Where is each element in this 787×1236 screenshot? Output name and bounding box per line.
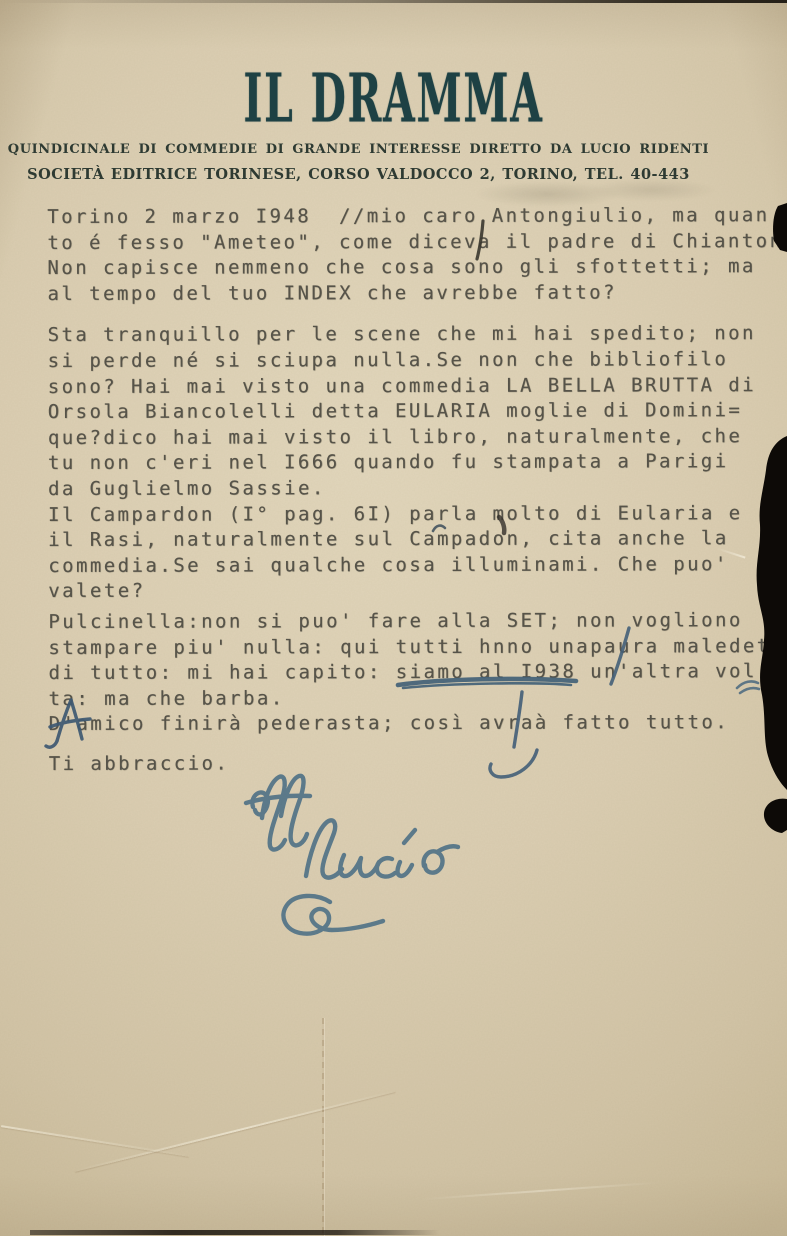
typed-line: Ti abbraccio.: [49, 750, 787, 778]
typed-line: Il Campardon (I° pag. 6I) parla molto di…: [48, 501, 787, 529]
typed-line: Orsola Biancolelli detta EULARIA moglie …: [48, 398, 787, 426]
paper-crease: [75, 1090, 396, 1172]
typed-line: Non capisce nemmeno che cosa sono gli sf…: [47, 254, 787, 282]
scan-edge-top: [0, 0, 787, 3]
paragraph: Torino 2 marzo I948 //mio caro Antongiul…: [47, 203, 787, 307]
typed-line: il Rasi, naturalmente sul Campadon, cita…: [48, 526, 787, 554]
typed-line: da Guglielmo Sassie.: [48, 475, 787, 503]
letterhead: IL DRAMMA QUINDICINALE DI COMMEDIE DI GR…: [0, 60, 787, 183]
paper-crease: [420, 1182, 660, 1201]
typed-line: D'amico finirà pederasta; così avraà fat…: [49, 710, 787, 738]
scan-edge-bottom: [30, 1230, 440, 1235]
typed-line: valete?: [48, 577, 787, 605]
typed-line: Sta tranquillo per le scene che mi hai s…: [48, 321, 787, 349]
typed-line: di tutto: mi hai capito: siamo al I938 u…: [48, 659, 787, 687]
typed-line: commedia.Se sai qualche cosa illuminami.…: [48, 552, 787, 580]
typed-line: si perde né si sciupa nulla.Se non che b…: [48, 347, 787, 375]
typed-line: al tempo del tuo INDEX che avrebbe fatto…: [47, 280, 787, 308]
letter-page: IL DRAMMA QUINDICINALE DI COMMEDIE DI GR…: [0, 0, 787, 1236]
masthead-subtitle: QUINDICINALE DI COMMEDIE DI GRANDE INTER…: [0, 142, 752, 157]
typed-line: tu non c'eri nel I666 quando fu stampata…: [48, 449, 787, 477]
typed-line: to é fesso "Ameteo", come diceva il padr…: [47, 229, 787, 257]
masthead-title: IL DRAMMA: [59, 60, 728, 138]
paragraph: Sta tranquillo per le scene che mi hai s…: [48, 321, 787, 605]
typed-line: sono? Hai mai visto una commedia LA BELL…: [48, 373, 787, 401]
letter-body: Torino 2 marzo I948 //mio caro Antongiul…: [47, 203, 787, 793]
paper-crease: [1, 1125, 189, 1157]
small-blot: [764, 799, 787, 833]
paper-crease: [322, 1018, 324, 1236]
closing-paragraph: Ti abbraccio.: [49, 750, 787, 778]
paragraph: Pulcinella:non si puo' fare alla SET; no…: [48, 608, 787, 738]
typed-line: ta: ma che barba.: [48, 685, 787, 713]
typed-line: que?dico hai mai visto il libro, natural…: [48, 424, 787, 452]
signature: [246, 776, 458, 934]
typed-line: Pulcinella:non si puo' fare alla SET; no…: [48, 608, 787, 636]
typed-line: stampare piu' nulla: qui tutti hnno unap…: [48, 634, 787, 662]
typed-line: Torino 2 marzo I948 //mio caro Antongiul…: [47, 203, 787, 231]
